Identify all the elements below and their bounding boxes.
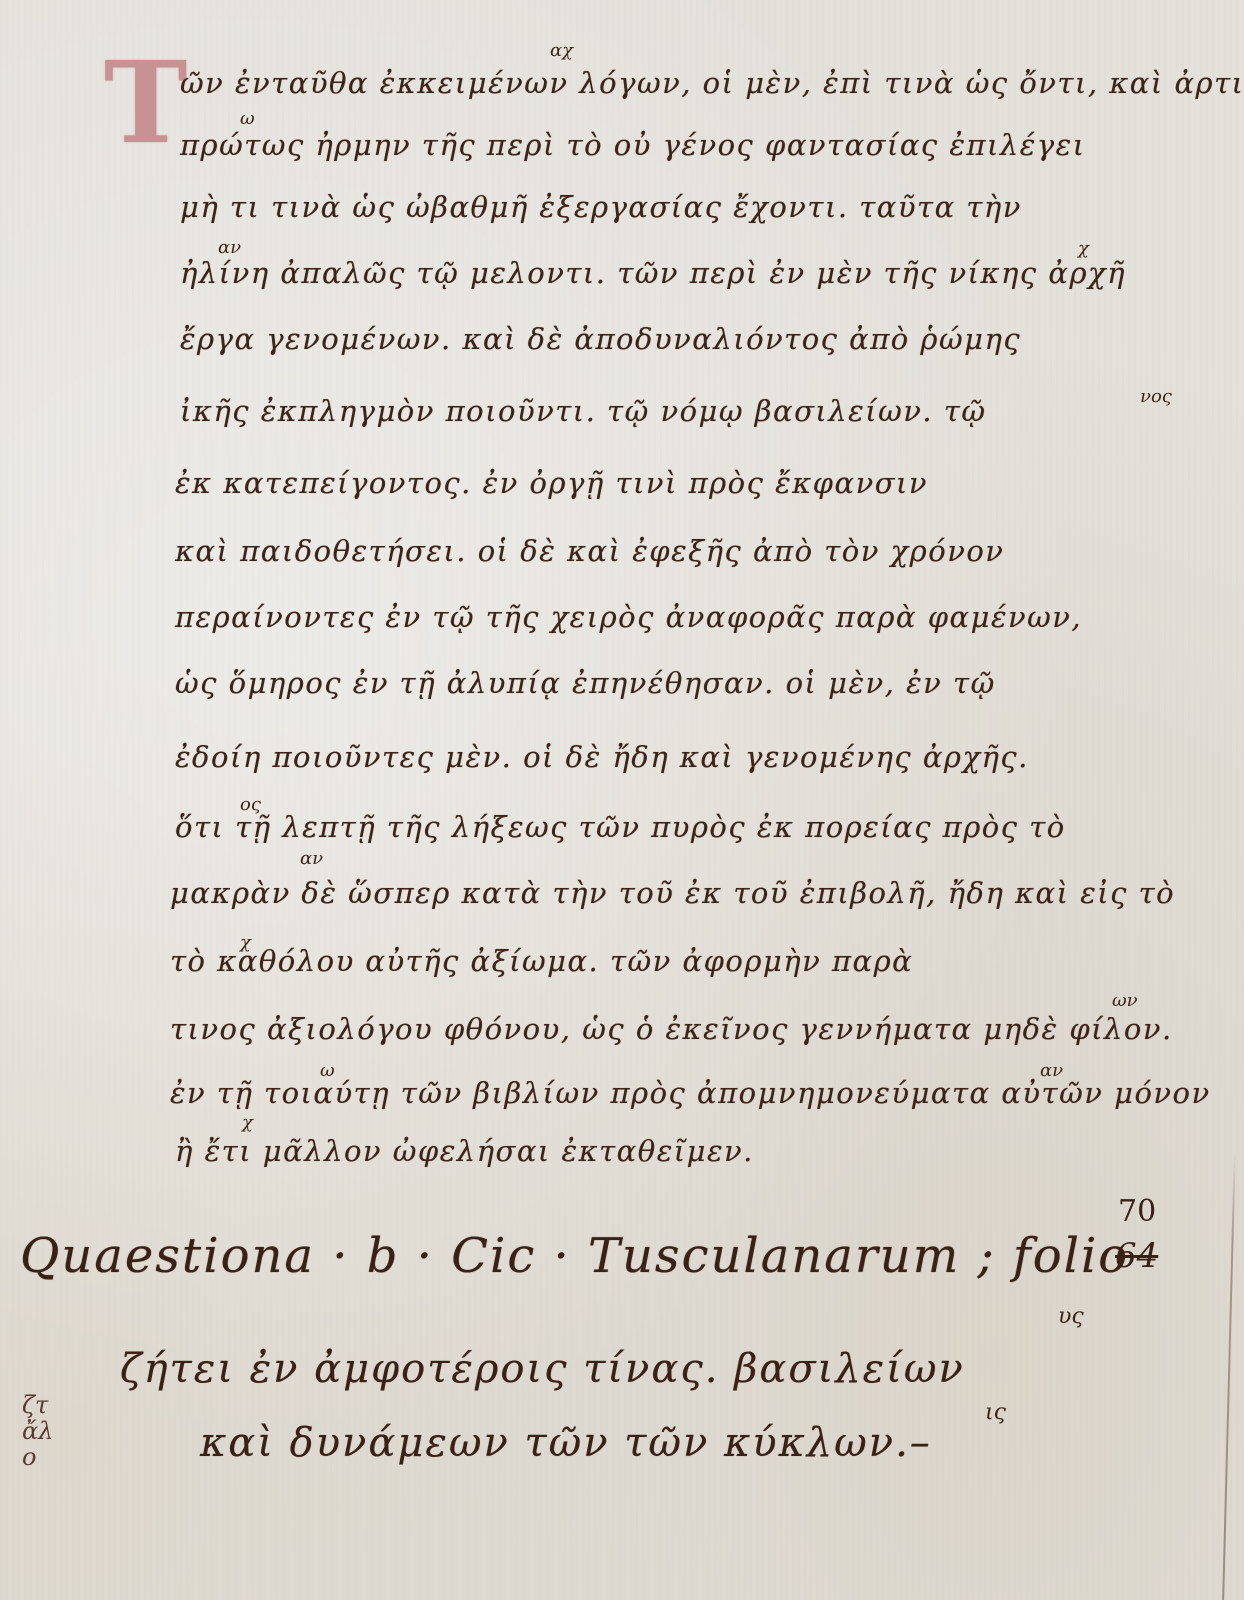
marginal-note: ζτ ἄλ ο [22, 1392, 53, 1470]
text-line: καὶ δυνάμεων τῶν τῶν κύκλων.– [200, 1420, 932, 1466]
text-line: ἢ ἔτι μᾶλλον ὠφελήσαι ἐκταθεῖμεν. [175, 1134, 754, 1168]
text-line: ἐν τῇ τοιαύτῃ τῶν βιβλίων πρὸς ἀπομνημον… [170, 1076, 1211, 1110]
folio-number-corrected: 70 [1118, 1194, 1156, 1229]
gloss: ις [985, 1400, 1006, 1425]
text-line: μακρὰν δὲ ὥσπερ κατὰ τὴν τοῦ ἐκ τοῦ ἐπιβ… [170, 876, 1175, 910]
text-line: ζήτει ἐν ἀμφοτέροις τίνας. βασιλείων [120, 1346, 965, 1392]
gloss: αν [218, 237, 241, 258]
text-line: περαίνοντες ἐν τῷ τῆς χειρὸς ἀναφορᾶς πα… [175, 600, 1082, 634]
text-line: πρώτως ἠρμην τῆς περὶ τὸ οὐ γένος φαντασ… [180, 128, 1086, 162]
text-line: τὸ καθόλου αὐτῆς ἀξίωμα. τῶν ἀφορμὴν παρ… [170, 944, 913, 978]
latin-rubric: Quaestiona · b · Cic · Tusculanarum ; fo… [20, 1228, 1129, 1284]
marginal-note-line: ζτ [22, 1392, 53, 1418]
text-line: ἐδοίη ποιοῦντες μὲν. οἱ δὲ ἤδη καὶ γενομ… [175, 740, 1029, 774]
gloss: ων [1112, 990, 1138, 1011]
manuscript-page: T αχ ω αν χ νος ος αν χ ων ω αν χ ῶν ἐντ… [0, 0, 1244, 1600]
text-line: ἔργα γενομένων. καὶ δὲ ἀποδυναλιόντος ἀπ… [180, 322, 1021, 356]
text-line: μὴ τι τινὰ ὡς ὠβαθμῆ ἐξεργασίας ἔχοντι. … [180, 190, 1022, 224]
text-line: καὶ παιδοθετήσει. οἱ δὲ καὶ ἐφεξῆς ἀπὸ τ… [175, 534, 1004, 568]
gloss: νος [1140, 386, 1172, 407]
text-line: ὡς ὅμηρος ἐν τῇ ἀλυπίᾳ ἐπηνέθησαν. οἱ μὲ… [175, 666, 996, 700]
page-edge [1222, 1150, 1236, 1600]
gloss: αν [300, 848, 323, 869]
marginal-note-line: ο [22, 1444, 53, 1470]
folio-number-struck: 64 [1115, 1236, 1158, 1276]
gloss: υς [1058, 1304, 1084, 1329]
text-line: τινος ἀξιολόγου φθόνου, ὡς ὁ ἐκεῖνος γεν… [170, 1012, 1173, 1046]
text-line: ὅτι τῇ λεπτῇ τῆς λήξεως τῶν πυρὸς ἐκ πορ… [175, 810, 1066, 844]
decorated-initial-letter: T [104, 52, 180, 156]
gloss: αχ [550, 40, 573, 61]
text-line: ἠλίνη ἀπαλῶς τῷ μελοντι. τῶν περὶ ἐν μὲν… [180, 256, 1126, 290]
gloss: χ [242, 1112, 253, 1133]
text-line: ἰκῆς ἐκπληγμὸν ποιοῦντι. τῷ νόμῳ βασιλεί… [180, 394, 987, 428]
marginal-note-line: ἄλ [22, 1418, 53, 1444]
gloss: ω [240, 108, 255, 129]
text-line: ῶν ἐνταῦθα ἐκκειμένων λόγων, οἱ μὲν, ἐπὶ… [180, 66, 1244, 100]
text-line: ἐκ κατεπείγοντος. ἐν ὀργῇ τινὶ πρὸς ἔκφα… [175, 466, 928, 500]
